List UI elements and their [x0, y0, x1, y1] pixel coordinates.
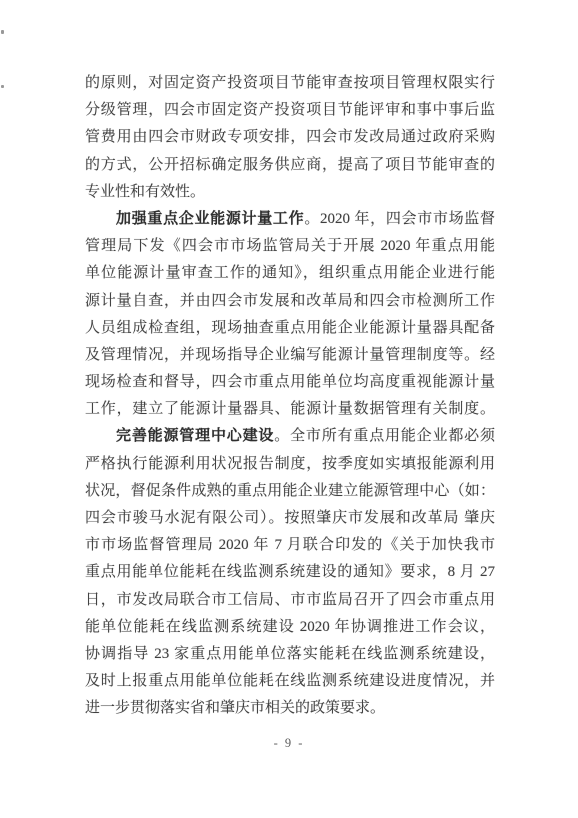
text-line: 人员组成检查组，现场抽查重点用能企业能源计量器具配备	[85, 315, 495, 342]
paragraph-heading: 加强重点企业能源计量工作	[116, 211, 304, 227]
text-line: 日，市发改局联合市工信局、市市监局召开了四会市重点用	[85, 587, 495, 614]
text-line: 源计量自查，并由四会市发展和改革局和四会市检测所工作	[85, 288, 495, 315]
text-line: 加强重点企业能源计量工作。2020 年，四会市市场监督	[85, 206, 495, 233]
text-line: 分级管理，四会市固定资产投资项目节能评审和事中事后监	[85, 97, 495, 124]
document-page: 的原则，对固定资产投资项目节能审查按项目管理权限实行分级管理，四会市固定资产投资…	[0, 0, 578, 818]
text-line: 进一步贯彻落实省和肇庆市相关的政策要求。	[85, 695, 495, 722]
text-line: 管理局下发《四会市市场监管局关于开展 2020 年重点用能	[85, 233, 495, 260]
text-run: 现场检查和督导，四会市重点用能单位均高度重视能源计量	[85, 374, 495, 390]
text-run: 协调指导 23 家重点用能单位落实能耗在线监测系统建设，	[85, 646, 495, 662]
text-run: 。全市所有重点用能企业都必须	[274, 428, 495, 444]
text-run: 的方式，公开招标确定服务供应商，提高了项目节能审查的	[85, 157, 495, 173]
text-line: 工作，建立了能源计量器具、能源计量数据管理有关制度。	[85, 396, 495, 423]
text-run: 人员组成检查组，现场抽查重点用能企业能源计量器具配备	[85, 320, 495, 336]
text-line: 重点用能单位能耗在线监测系统建设的通知》要求，8 月 27	[85, 559, 495, 586]
text-run: 及管理情况，并现场指导企业编写能源计量管理制度等。经	[85, 347, 495, 363]
text-line: 市市场监督管理局 2020 年 7 月联合印发的《关于加快我市	[85, 532, 495, 559]
text-line: 四会市骏马水泥有限公司）。按照肇庆市发展和改革局 肇庆	[85, 505, 495, 532]
text-run: 。2020 年，四会市市场监督	[304, 211, 495, 227]
text-line: 能单位能耗在线监测系统建设 2020 年协调推进工作会议，	[85, 614, 495, 641]
text-line: 的方式，公开招标确定服务供应商，提高了项目节能审查的	[85, 152, 495, 179]
text-line: 状况，督促条件成熟的重点用能企业建立能源管理中心（如：	[85, 478, 495, 505]
text-run: 市市场监督管理局 2020 年 7 月联合印发的《关于加快我市	[85, 537, 495, 553]
text-run: 进一步贯彻落实省和肇庆市相关的政策要求。	[85, 700, 385, 716]
text-run: 工作，建立了能源计量器具、能源计量数据管理有关制度。	[85, 401, 495, 417]
text-line: 完善能源管理中心建设。全市所有重点用能企业都必须	[85, 423, 495, 450]
text-line: 现场检查和督导，四会市重点用能单位均高度重视能源计量	[85, 369, 495, 396]
text-run: 分级管理，四会市固定资产投资项目节能评审和事中事后监	[85, 102, 495, 118]
text-block: 的原则，对固定资产投资项目节能审查按项目管理权限实行分级管理，四会市固定资产投资…	[85, 70, 495, 723]
text-run: 重点用能单位能耗在线监测系统建设的通知》要求，8 月 27	[85, 564, 495, 580]
text-run: 四会市骏马水泥有限公司）。按照肇庆市发展和改革局 肇庆	[85, 510, 495, 526]
text-line: 及管理情况，并现场指导企业编写能源计量管理制度等。经	[85, 342, 495, 369]
scan-artifact	[1, 30, 4, 34]
text-run: 能单位能耗在线监测系统建设 2020 年协调推进工作会议，	[85, 619, 495, 635]
text-run: 管理局下发《四会市市场监管局关于开展 2020 年重点用能	[85, 238, 495, 254]
paragraph-heading: 完善能源管理中心建设	[116, 428, 274, 444]
text-run: 状况，督促条件成熟的重点用能企业建立能源管理中心（如：	[85, 483, 495, 499]
text-run: 单位能源计量审查工作的通知》，组织重点用能企业进行能	[85, 265, 495, 281]
text-line: 单位能源计量审查工作的通知》，组织重点用能企业进行能	[85, 260, 495, 287]
text-run: 严格执行能源利用状况报告制度，按季度如实填报能源利用	[85, 456, 495, 472]
text-line: 的原则，对固定资产投资项目节能审查按项目管理权限实行	[85, 70, 495, 97]
text-run: 源计量自查，并由四会市发展和改革局和四会市检测所工作	[85, 293, 495, 309]
text-run: 的原则，对固定资产投资项目节能审查按项目管理权限实行	[85, 75, 495, 91]
text-line: 协调指导 23 家重点用能单位落实能耗在线监测系统建设，	[85, 641, 495, 668]
text-run: 日，市发改局联合市工信局、市市监局召开了四会市重点用	[85, 592, 495, 608]
text-line: 及时上报重点用能单位能耗在线监测系统建设进度情况，并	[85, 668, 495, 695]
text-line: 严格执行能源利用状况报告制度，按季度如实填报能源利用	[85, 451, 495, 478]
text-line: 管费用由四会市财政专项安排，四会市发改局通过政府采购	[85, 124, 495, 151]
text-run: 及时上报重点用能单位能耗在线监测系统建设进度情况，并	[85, 673, 495, 689]
text-run: 管费用由四会市财政专项安排，四会市发改局通过政府采购	[85, 129, 495, 145]
page-number: - 9 -	[0, 736, 578, 751]
text-line: 专业性和有效性。	[85, 179, 495, 206]
scan-artifact	[1, 85, 4, 88]
text-run: 专业性和有效性。	[85, 184, 205, 200]
